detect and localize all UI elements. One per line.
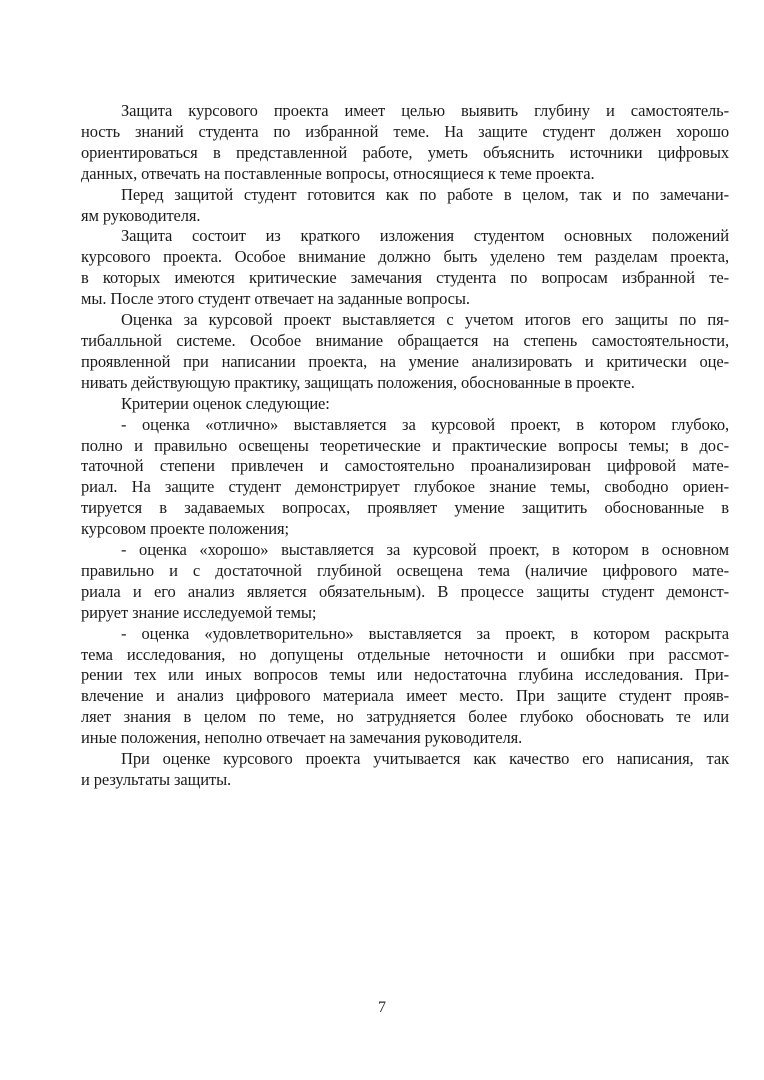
paragraph: - оценка «отлично» выставляется за курсо… bbox=[81, 415, 729, 540]
paragraph: - оценка «удовлетворительно» выставляетс… bbox=[81, 624, 729, 749]
text-line: данных, отвечать на поставленные вопросы… bbox=[81, 164, 729, 185]
paragraph: Критерии оценок следующие: bbox=[81, 394, 729, 415]
document-body: Защита курсового проекта имеет целью выя… bbox=[81, 101, 729, 791]
paragraph: Защита курсового проекта имеет целью выя… bbox=[81, 101, 729, 185]
text-line: - оценка «удовлетворительно» выставляетс… bbox=[81, 624, 729, 645]
text-line: полно и правильно освещены теоретические… bbox=[81, 436, 729, 457]
text-line: иные положения, неполно отвечает на заме… bbox=[81, 728, 729, 749]
text-line: Перед защитой студент готовится как по р… bbox=[81, 185, 729, 206]
text-line: ляет знания в целом по теме, но затрудня… bbox=[81, 707, 729, 728]
paragraph: Перед защитой студент готовится как по р… bbox=[81, 185, 729, 227]
text-line: таточной степени привлечен и самостоятел… bbox=[81, 456, 729, 477]
text-line: Защита состоит из краткого изложения сту… bbox=[81, 226, 729, 247]
text-line: тема исследования, но допущены отдельные… bbox=[81, 645, 729, 666]
text-line: курсового проекта. Особое внимание должн… bbox=[81, 247, 729, 268]
text-line: тибалльной системе. Особое внимание обра… bbox=[81, 331, 729, 352]
text-line: - оценка «хорошо» выставляется за курсов… bbox=[81, 540, 729, 561]
text-line: Оценка за курсовой проект выставляется с… bbox=[81, 310, 729, 331]
text-line: риал. На защите студент демонстрирует гл… bbox=[81, 477, 729, 498]
paragraph: - оценка «хорошо» выставляется за курсов… bbox=[81, 540, 729, 624]
text-line: При оценке курсового проекта учитывается… bbox=[81, 749, 729, 770]
text-line: в которых имеются критические замечания … bbox=[81, 268, 729, 289]
paragraph: Защита состоит из краткого изложения сту… bbox=[81, 226, 729, 310]
text-line: мы. После этого студент отвечает на зада… bbox=[81, 289, 729, 310]
paragraph: Оценка за курсовой проект выставляется с… bbox=[81, 310, 729, 394]
text-line: рении тех или иных вопросов темы или нед… bbox=[81, 665, 729, 686]
text-line: - оценка «отлично» выставляется за курсо… bbox=[81, 415, 729, 436]
text-line: рирует знание исследуемой темы; bbox=[81, 603, 729, 624]
text-line: тируется в задаваемых вопросах, проявляе… bbox=[81, 498, 729, 519]
text-line: риала и его анализ является обязательным… bbox=[81, 582, 729, 603]
text-line: Защита курсового проекта имеет целью выя… bbox=[81, 101, 729, 122]
text-line: правильно и с достаточной глубиной освещ… bbox=[81, 561, 729, 582]
text-line: Критерии оценок следующие: bbox=[81, 394, 729, 415]
text-line: ям руководителя. bbox=[81, 206, 729, 227]
text-line: и результаты защиты. bbox=[81, 770, 729, 791]
page-number: 7 bbox=[0, 999, 764, 1017]
text-line: нивать действующую практику, защищать по… bbox=[81, 373, 729, 394]
document-page: Защита курсового проекта имеет целью выя… bbox=[0, 0, 764, 1080]
text-line: ориентироваться в представленной работе,… bbox=[81, 143, 729, 164]
text-line: проявленной при написании проекта, на ум… bbox=[81, 352, 729, 373]
paragraph: При оценке курсового проекта учитывается… bbox=[81, 749, 729, 791]
text-line: влечение и анализ цифрового материала им… bbox=[81, 686, 729, 707]
text-line: ность знаний студента по избранной теме.… bbox=[81, 122, 729, 143]
text-line: курсовом проекте положения; bbox=[81, 519, 729, 540]
